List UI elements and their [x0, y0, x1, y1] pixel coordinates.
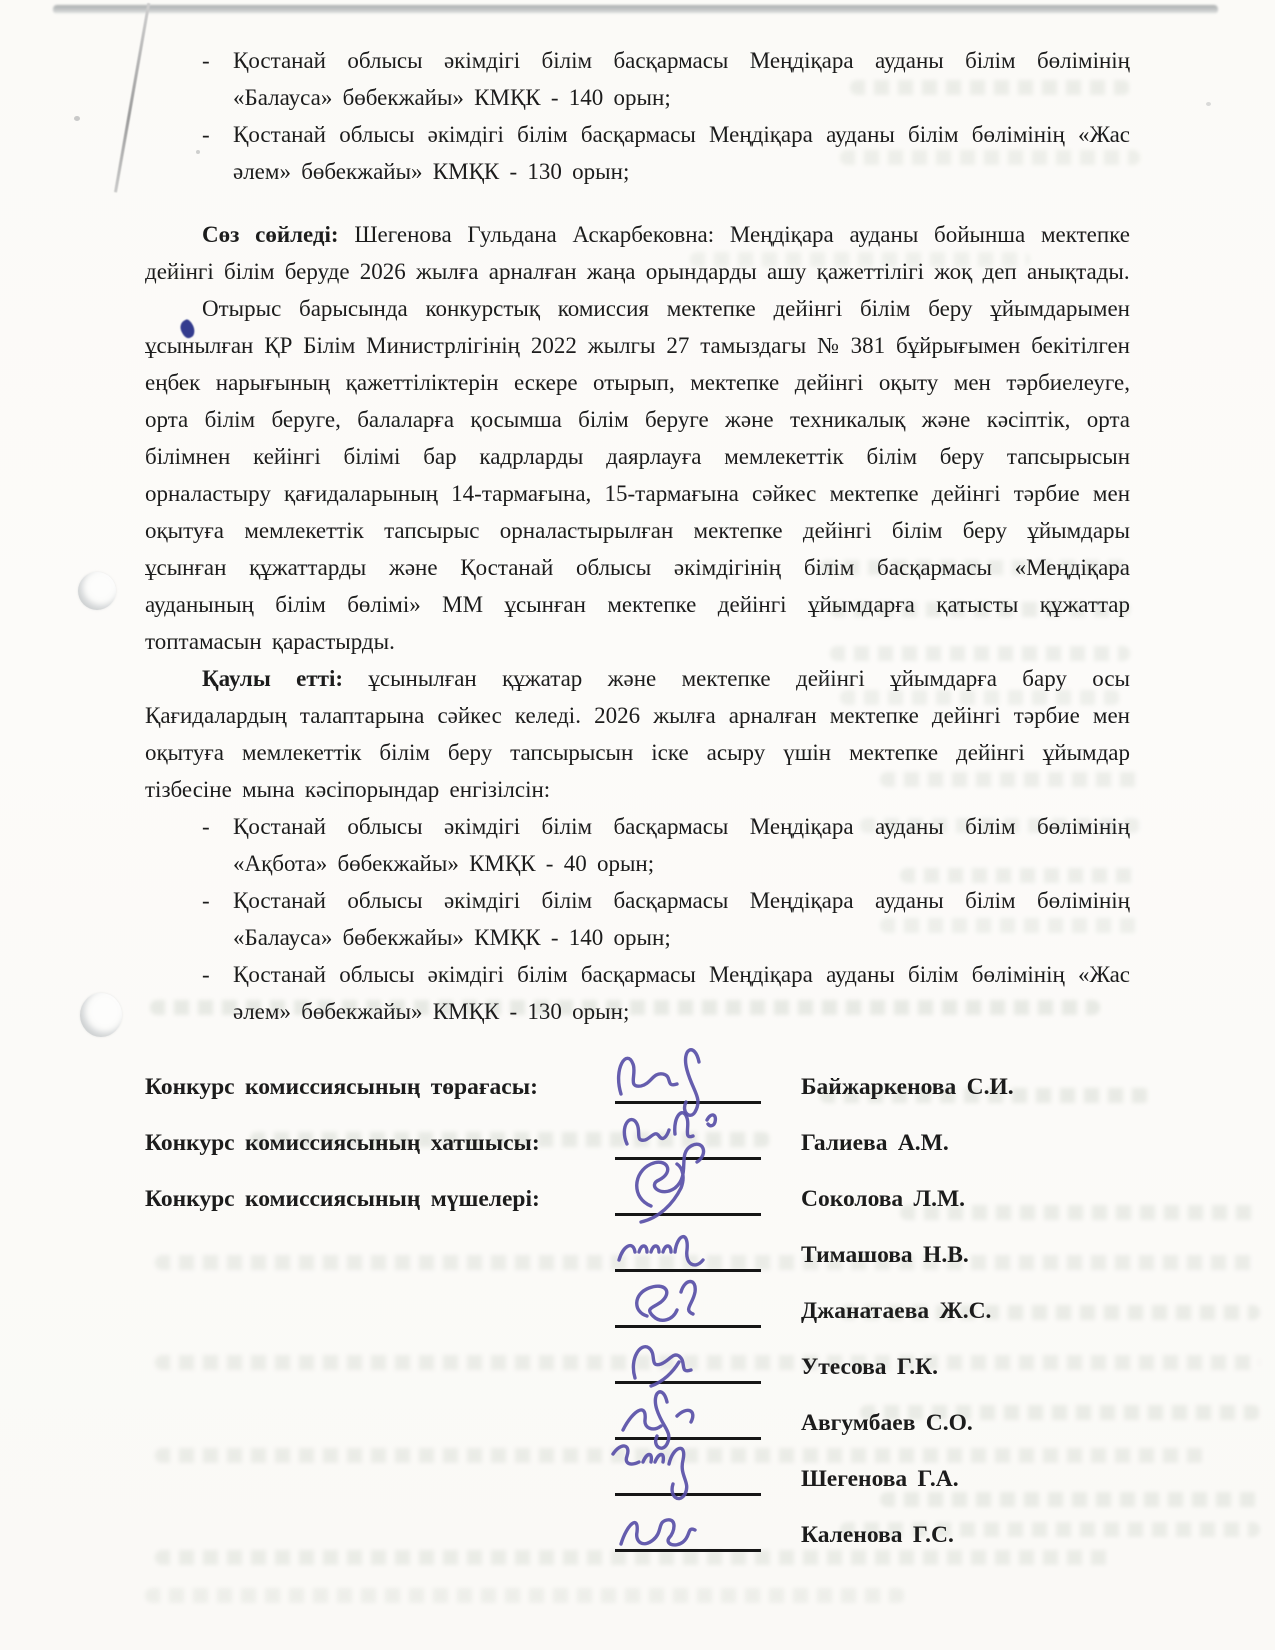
bullet-dash: - — [202, 116, 210, 153]
list-item: - Қостанай облысы әкімдігі білім басқарм… — [145, 808, 1130, 882]
list-item: - Қостанай облысы әкімдігі білім басқарм… — [145, 116, 1130, 190]
signer-name: Каленова Г.С. — [801, 1517, 954, 1560]
list-item: - Қостанай облысы әкімдігі білім басқарм… — [145, 882, 1130, 956]
signer-name: Шегенова Г.А. — [801, 1461, 959, 1504]
paragraph-text: Отырыс барысында конкурстық комиссия мек… — [145, 296, 1130, 654]
paragraph-resolution: Қаулы етті: ұсынылған құжатар және мекте… — [145, 660, 1130, 808]
bullet-dash: - — [202, 882, 210, 919]
signature-role-label — [145, 1554, 615, 1560]
scanned-document-page: - Қостанай облысы әкімдігі білім басқарм… — [0, 0, 1275, 1650]
signature-stroke — [607, 1484, 767, 1564]
signer-name: Тимашова Н.В. — [801, 1237, 969, 1280]
list-item: - Қостанай облысы әкімдігі білім басқарм… — [145, 956, 1130, 1030]
signature-role-label: Конкурс комиссиясының хатшысы: — [145, 1125, 615, 1168]
list-item-text: Қостанай облысы әкімдігі білім басқармас… — [233, 814, 1130, 876]
hole-punch-mark — [80, 993, 122, 1037]
signature-block: Конкурс комиссиясының төрағасы: Байжарке… — [145, 1056, 1130, 1560]
kindergarten-list-top: - Қостанай облысы әкімдігі білім басқарм… — [145, 42, 1130, 190]
paragraph-session: Отырыс барысында конкурстық комиссия мек… — [145, 290, 1130, 660]
list-item-text: Қостанай облысы әкімдігі білім басқармас… — [233, 48, 1130, 110]
scan-speck — [1206, 102, 1211, 106]
bullet-dash: - — [202, 42, 210, 79]
bleed-through-strip — [145, 1588, 905, 1603]
paragraph-speech: Сөз сөйледі: Шегенова Гульдана Аскарбеко… — [145, 216, 1130, 290]
hole-punch-mark — [78, 572, 116, 610]
signer-name: Соколова Л.М. — [801, 1181, 965, 1224]
signature-cell — [615, 1504, 775, 1560]
bullet-dash: - — [202, 956, 210, 993]
paragraph-lead: Сөз сөйледі: — [202, 222, 339, 247]
signer-name: Байжаркенова С.И. — [801, 1069, 1014, 1112]
bullet-dash: - — [202, 808, 210, 845]
kindergarten-list-bottom: - Қостанай облысы әкімдігі білім басқарм… — [145, 808, 1130, 1030]
list-item-text: Қостанай облысы әкімдігі білім басқармас… — [233, 122, 1130, 184]
signature-role-label: Конкурс комиссиясының төрағасы: — [145, 1069, 615, 1112]
signer-name: Галиева А.М. — [801, 1125, 949, 1168]
signer-name: Джанатаева Ж.С. — [801, 1293, 991, 1336]
document-body: - Қостанай облысы әкімдігі білім басқарм… — [145, 42, 1130, 1560]
signature-row-member: Каленова Г.С. — [145, 1504, 1130, 1560]
paragraph-lead: Қаулы етті: — [202, 666, 343, 691]
signature-role-label: Конкурс комиссиясының мүшелері: — [145, 1181, 615, 1224]
signer-name: Авгумбаев С.О. — [801, 1405, 973, 1448]
list-item-text: Қостанай облысы әкімдігі білім басқармас… — [233, 962, 1130, 1024]
signer-name: Утесова Г.К. — [801, 1349, 938, 1392]
list-item: - Қостанай облысы әкімдігі білім басқарм… — [145, 42, 1130, 116]
scan-top-edge-shadow — [53, 5, 1218, 14]
scan-speck — [74, 116, 80, 121]
list-item-text: Қостанай облысы әкімдігі білім басқармас… — [233, 888, 1130, 950]
